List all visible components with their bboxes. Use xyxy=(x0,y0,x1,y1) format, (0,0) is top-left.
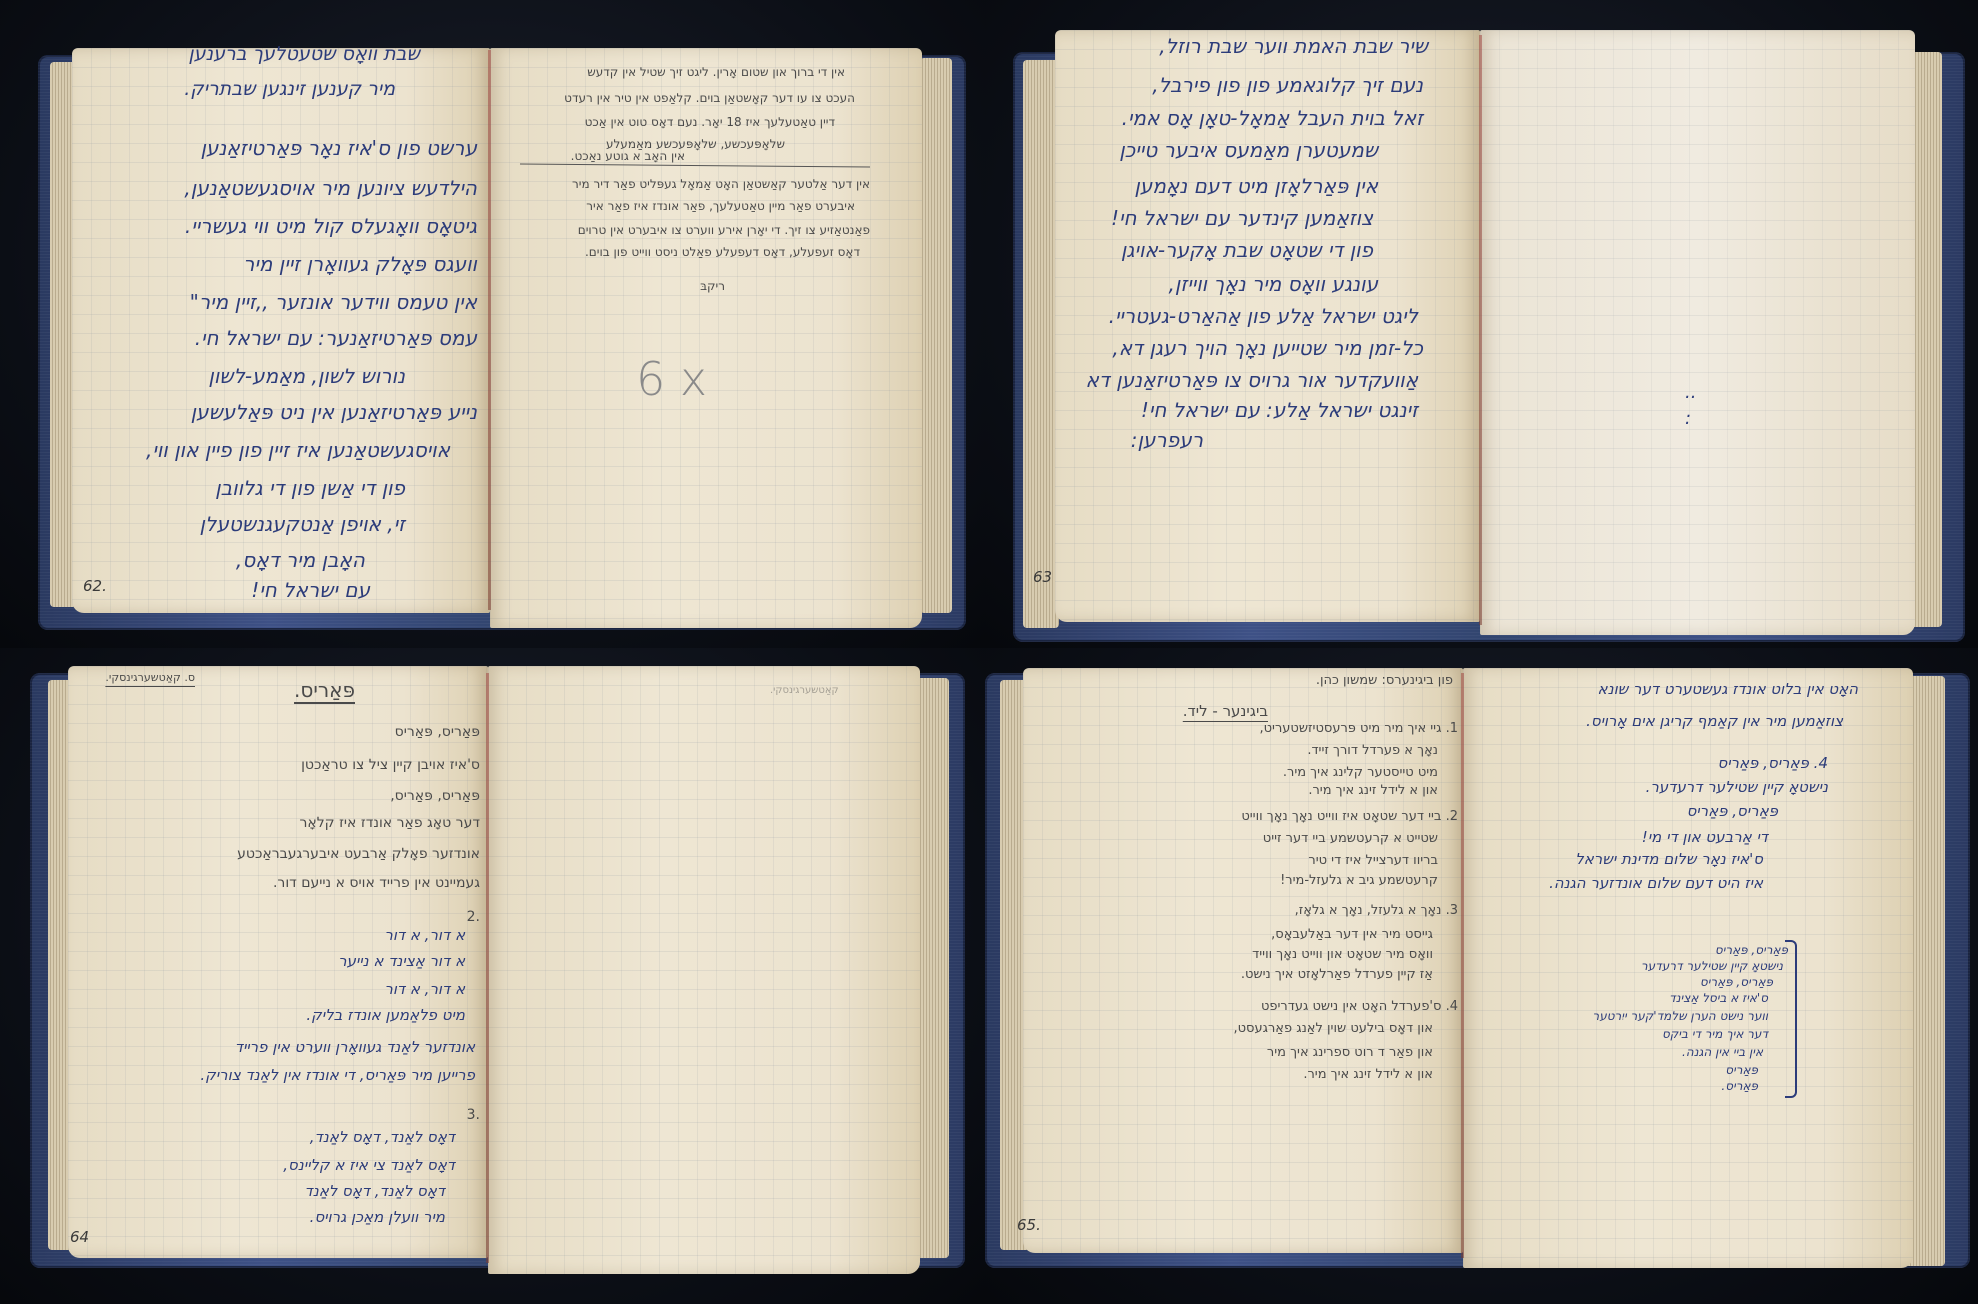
song-line: מיט פלאַמען אונדז בליק. xyxy=(306,1008,465,1023)
handwritten-line: פון די אַשן פון די גלוובן xyxy=(215,478,405,498)
author-note: ס. קאַטשערגינסקי. xyxy=(105,672,195,683)
song-line: ס'איז נאָר שלום מדינת ישראל xyxy=(1575,852,1763,867)
ink-mark: : xyxy=(1685,410,1691,428)
author-note-faint: קאַטשערגינסקי. xyxy=(770,686,839,696)
handwritten-line: שמעטערן מאַמעס איבער טייכן xyxy=(1119,140,1378,160)
page-number: 62. xyxy=(83,577,107,595)
song-title: פּאַריס. xyxy=(294,680,355,700)
song-line: דער טאָג פאַר אונדז איז קלאָר xyxy=(299,816,480,830)
page-stack-left xyxy=(1023,60,1059,628)
song-line: דאָס לאַנד צי איז א קליינס, xyxy=(283,1158,455,1173)
handwritten-line: ליגט ישראל אַלע פון אַהאַרט-געטריי. xyxy=(1109,306,1418,326)
song-line: און א לידל זינג איך מיר. xyxy=(1303,1068,1433,1081)
right-page xyxy=(490,48,922,628)
handwritten-line: נעם זיך קלוגאמע פון פון פירבל, xyxy=(1152,75,1423,95)
handwritten-line: שיר שבת האמת ווער שבת רוזל, xyxy=(1159,36,1428,56)
song-source-header: פון ביגינערס: שמשון כהן. xyxy=(1316,674,1453,687)
song-line: א דור, א דור xyxy=(384,982,465,997)
handwritten-line: ערשט פון ס'איז נאָר פּאַרטיזאַנען xyxy=(200,138,477,158)
handwritten-line: אויסגעשטאַנען איז זיין פון פיין און ווי, xyxy=(146,440,450,460)
photo-page-62-spread: שבת וואָס שטעטלעך ברענען מיר קענען זינגע… xyxy=(0,0,985,648)
song-line: און א לידל זינג איך מיר. xyxy=(1308,784,1438,797)
song-line: אַז קיין פערדל פאַרלאָזט איך נישט. xyxy=(1241,968,1433,981)
page-number: 65. xyxy=(1017,1216,1041,1234)
song-line: פּאַריס, פּאַריס, xyxy=(390,789,480,803)
handwritten-line: עונגע וואָס מיר נאָך ווייזן, xyxy=(1169,274,1378,294)
spine xyxy=(1479,35,1482,625)
song-line: מיט טייסטער קלינג איך מיר. xyxy=(1283,766,1438,779)
chorus-line: פּאַריס, פּאַריס xyxy=(1715,944,1788,956)
chorus-line: פּאַריס, פּאַריס xyxy=(1700,976,1773,988)
spine xyxy=(1461,673,1464,1258)
song-line: שטייט א קרעטשמע ביי דער זייט xyxy=(1263,832,1438,845)
song-line: 4. ס'פערדל האָט אין נישט געדריפט xyxy=(1261,1000,1458,1013)
photo-page-63-spread: שיר שבת האמת ווער שבת רוזל, נעם זיך קלוג… xyxy=(985,0,1978,648)
handwritten-line: זי, אויפן אַנטקעגנשטעלן xyxy=(200,514,405,534)
song-line: וואָס מיר שטאָט און ווייט נאָך ווייד xyxy=(1252,948,1433,961)
handwritten-line: כל-זמן מיר שטייען נאָך הויך רעגן דא, xyxy=(1112,338,1423,358)
song-line: און דאָס בילעט שוין לאַנג פאַרגעסט, xyxy=(1233,1022,1433,1035)
handwritten-line: גיטאָס וואָגעלס קול מיט ווי געשריי. xyxy=(185,216,477,236)
pencil-line: אין די ברוך און שטום אָרין. ליגט זיך שטי… xyxy=(587,66,845,78)
chorus-line: נישטאָ קיין שטילער דרעדער xyxy=(1641,960,1783,972)
handwritten-line: זינגט ישראל אַלע: עם ישראל חי! xyxy=(1141,400,1418,420)
handwritten-line: עם ישראל חי! xyxy=(251,580,370,600)
pencil-line: אין דער אַלטער קאַשטאַן האָט אַמאָל געפּ… xyxy=(572,178,870,190)
song-title: ביגינער - ליד. xyxy=(1183,704,1268,719)
chorus-line: אין ביי אין הגנה. xyxy=(1682,1046,1763,1058)
handwritten-line: נייע פּאַרטיזאַנען אין ניט פּאַלעשען xyxy=(191,402,477,422)
song-line: 1. גיי איך מיר מיט פּרעסטיזשטעריט, xyxy=(1259,722,1458,735)
handwritten-line: מיר קענען זינגען שבתריק. xyxy=(184,80,395,99)
song-line: קרעטשמע גיב א גלעזל-מיר! xyxy=(1280,874,1438,887)
handwritten-line: אין פּאַרלאָזן מיט דעם נאָמען xyxy=(1134,176,1378,196)
pencil-line: דאָס זעפעלע, דאָס דעפעלע פאַלט ניסט וויי… xyxy=(585,246,860,258)
pencil-number-mark: 6 x xyxy=(636,352,707,406)
pencil-line: פאַנטאַזיע צו זיך. די יאָרן אירע ווערט צ… xyxy=(578,224,870,236)
chorus-line: ווער נישט הערן שלמד'קער ייִרטער xyxy=(1592,1010,1768,1022)
song-line: מיר וועלן מאַכן גרויס. xyxy=(310,1210,445,1225)
song-line: 3. נאָך א גלעזל, נאָך א גלאָז, xyxy=(1295,904,1458,917)
handwritten-line: עמס פּאַרטיזאַנער: עם ישראל חי. xyxy=(195,328,477,348)
right-page xyxy=(1480,30,1915,635)
handwritten-line: פון די שטאָט שבת אָקער-אויגן xyxy=(1121,240,1373,260)
handwritten-line: צוזאַמען קינדער עם ישראל חי! xyxy=(1111,208,1373,228)
song-line: א דור, א דור xyxy=(384,928,465,943)
pencil-line: אין האָב א גוטע נאַכט. xyxy=(571,150,685,162)
handwritten-line: שבת וואָס שטעטלעך ברענען xyxy=(188,45,420,64)
signature: ריקבּ xyxy=(700,280,725,292)
photo-page-64-spread: ס. קאַטשערגינסקי. פּאַריס. פּאַריס, פּאַ… xyxy=(0,648,985,1304)
handwritten-line: אין טעמס ווידער אונזער ,,זיין מיר" xyxy=(190,292,477,312)
song-line: 2. ביי דער שטאָט איז ווייט נאָך נאָך ווי… xyxy=(1241,810,1458,823)
song-line: פּאַריס, פּאַריס xyxy=(1687,804,1778,819)
chorus-bracket xyxy=(1785,940,1797,1098)
page-stack-right xyxy=(915,678,949,1258)
song-line: נישטאָ קיין שטילער דרעדער. xyxy=(1646,780,1828,795)
song-line: געמיינט אין פרייד אויס א נייעם דור. xyxy=(273,876,480,890)
song-line: 4. פּאַריס, פּאַריס xyxy=(1717,756,1828,771)
song-line: גייסט מיר אין דער באַלעבאָס, xyxy=(1271,928,1433,941)
song-line: האָט אין בלוט אונדז געשטערט דער שונא xyxy=(1598,682,1858,697)
song-line: פרייען מיר פּאַריס, די אונדז אין לאַנד צ… xyxy=(200,1068,475,1083)
pencil-line: העכט צו עו דער קאָשטאַן בוים. קלאַפט אין… xyxy=(564,92,855,104)
song-line: אונדזער פאָלק אַרבעט איבערגעבראַכטע xyxy=(237,847,480,861)
page-number: 64 xyxy=(70,1228,89,1246)
chorus-line: דער איך מיר די ביקס xyxy=(1662,1028,1768,1040)
chorus-line: פּאַריס. xyxy=(1721,1080,1758,1092)
spine xyxy=(486,673,489,1263)
song-line: א דור אַצינד א נייער xyxy=(338,954,465,969)
pencil-line: דיין טאַטעלעך איז 18 יאָר. נעם דאָס טוט … xyxy=(585,116,835,128)
song-line: אונדזער לאַנד געוואָרן ווערט אין פרייד xyxy=(235,1040,475,1055)
song-line: ס'איז אויבן קיין ציל צו טראַכטן xyxy=(301,758,480,772)
song-line: איז היט דעם שלום אונדזער הגנה. xyxy=(1549,876,1763,891)
ink-mark: .. xyxy=(1685,384,1696,402)
spine xyxy=(488,50,491,610)
chorus-line: פּאַריס xyxy=(1725,1064,1758,1076)
chorus-line: ס'איז א ביסל אַצינד xyxy=(1669,992,1768,1004)
song-line: בריוו דערצייל איז די טיר xyxy=(1308,854,1438,867)
song-line: פּאַריס, פּאַריס xyxy=(395,725,480,739)
song-line: צוזאַמען מיר אין קאַמף קריגן אים אָרויס. xyxy=(1586,714,1843,729)
handwritten-line: וועגס פּאָלק געוואָרן זיין מיר xyxy=(243,254,477,274)
verse-number: 2. xyxy=(467,910,480,924)
handwritten-line: הילדעש ציונען מיר אויסגעשטאַנען, xyxy=(184,178,477,198)
song-line: נאָך א פערדל דורך זייד. xyxy=(1307,744,1438,757)
song-line: דאָס לאַנד, דאָס לאַנד xyxy=(305,1184,445,1199)
handwritten-line: אַוועקדער אור גרויס צו פּאַרטיזאַנען דא xyxy=(1086,370,1419,390)
right-page xyxy=(488,666,920,1274)
page-stack-right xyxy=(920,58,952,613)
song-line: דאָס לאַנד, דאָס לאַנד, xyxy=(310,1130,455,1145)
handwritten-line: האָבן מיר דאָס, xyxy=(236,550,365,570)
song-line: און פאַר ד רוט ספרינג איך מיר xyxy=(1267,1046,1433,1059)
handwritten-line: נורוש לשון, מאַמע-לשון xyxy=(208,366,405,386)
handwritten-line: רעפרען: xyxy=(1131,430,1203,450)
handwritten-line: זאל בוית העבל אַמאָל-טאָן אָס אמי. xyxy=(1122,108,1423,128)
photo-page-65-spread: פון ביגינערס: שמשון כהן. ביגינער - ליד. … xyxy=(985,648,1978,1304)
page-number: 63 xyxy=(1033,568,1052,586)
verse-number: 3. xyxy=(467,1108,480,1122)
song-line: די אַרבעט און די מי! xyxy=(1642,830,1768,845)
pencil-line: איבערט פאַר מיין טאַטעלעך, פאַר אונדז אי… xyxy=(586,200,855,212)
